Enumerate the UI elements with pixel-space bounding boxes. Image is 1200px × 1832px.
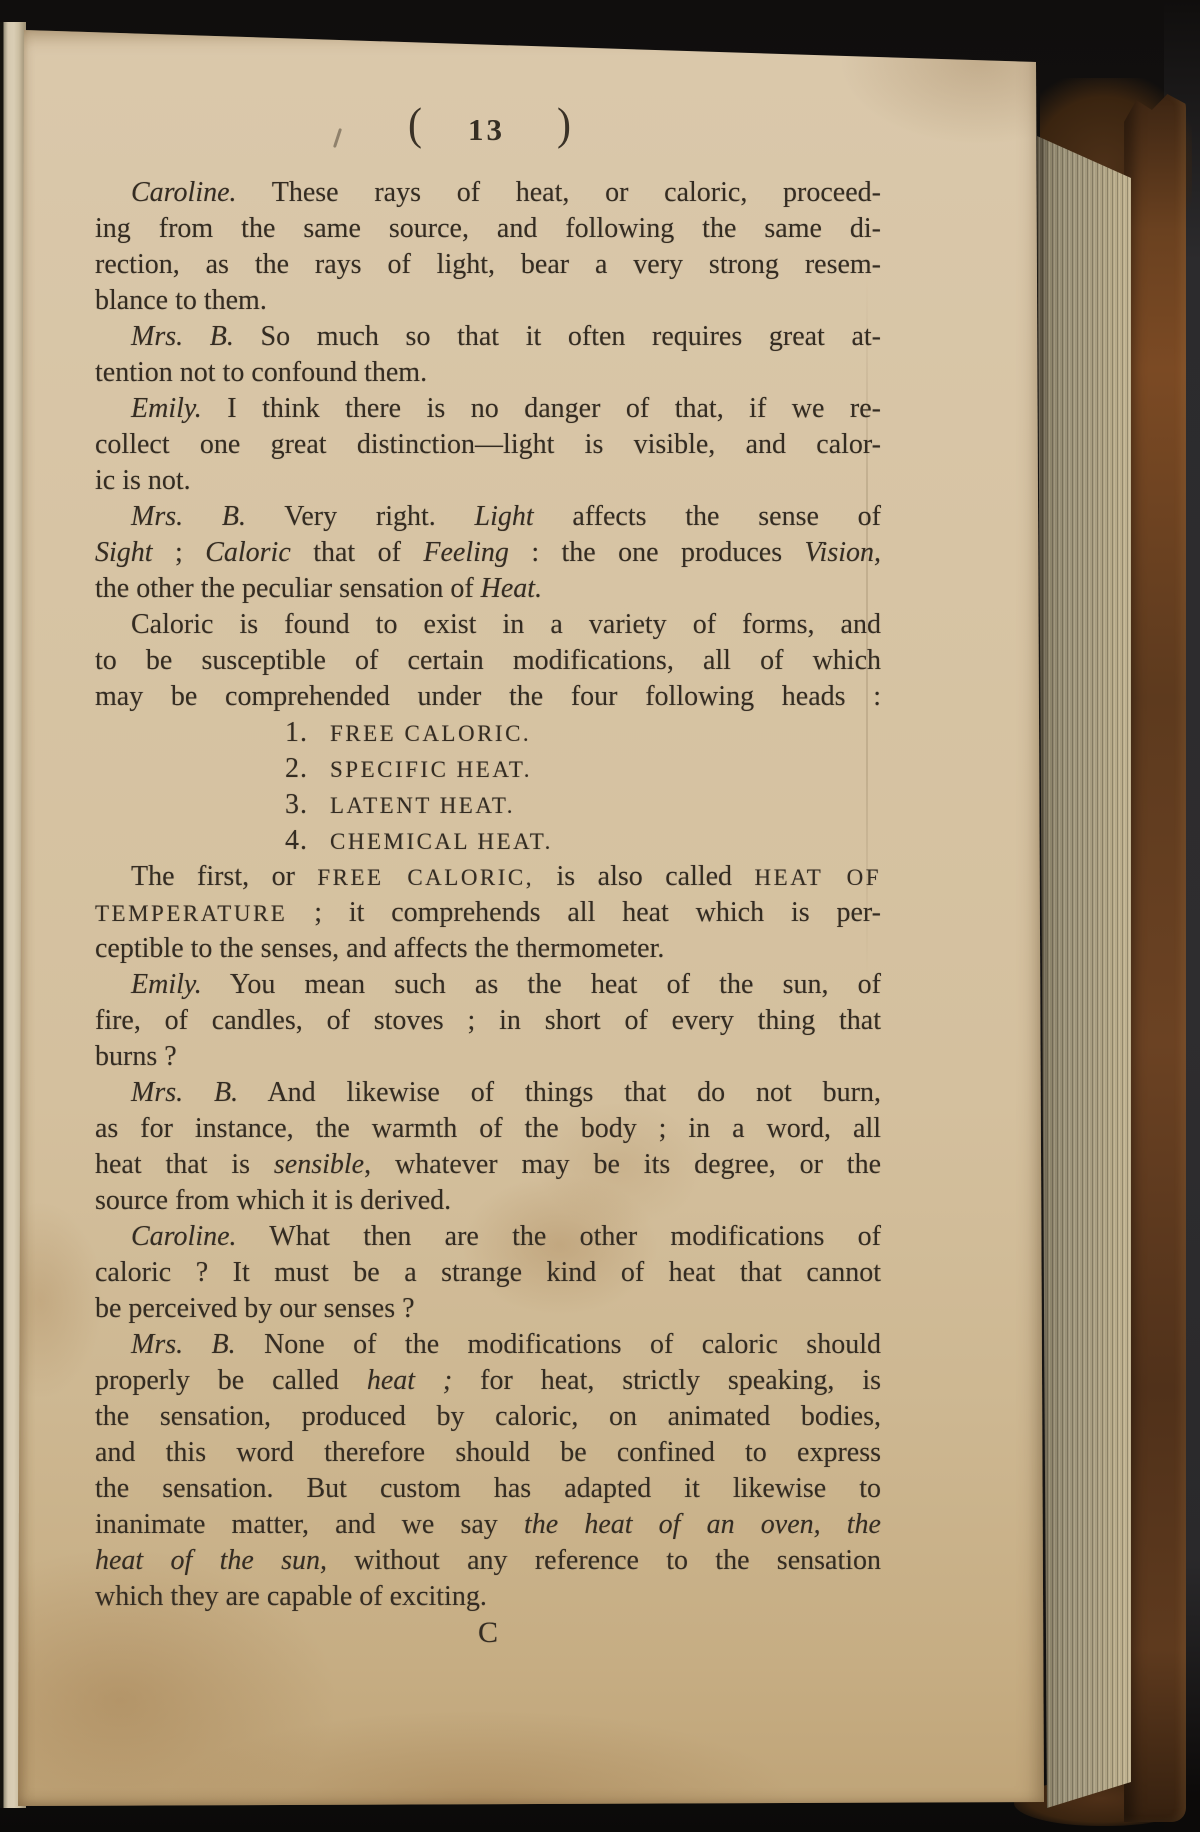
text-line: be perceived by our senses ? xyxy=(95,1291,881,1327)
text-line: Caroline. These rays of heat, or caloric… xyxy=(95,175,881,211)
list-item: 4. CHEMICAL HEAT. xyxy=(95,823,881,859)
italic-text-run: Mrs. B. xyxy=(131,501,246,532)
text-run: and this word therefore should be confin… xyxy=(95,1437,881,1468)
italic-text-run: Mrs. B. xyxy=(131,321,234,352)
text-run: blance to them. xyxy=(95,285,267,316)
text-run: ; xyxy=(153,537,206,568)
text-run: These rays of heat, or caloric, proceed- xyxy=(237,177,881,208)
small-caps-run: TEMPERATURE xyxy=(95,901,287,926)
text-line: burns ? xyxy=(95,1039,881,1075)
text-run: caloric ? It must be a strange kind of h… xyxy=(95,1257,881,1288)
book-fore-edge-pages xyxy=(1037,58,1131,1810)
small-caps-run: FREE CALORIC, xyxy=(317,865,534,890)
text-run: 2. xyxy=(285,753,316,784)
text-run: collect one great distinction—light is v… xyxy=(95,429,881,460)
text-line: the other the peculiar sensation of Heat… xyxy=(95,571,881,607)
text-line: Emily. You mean such as the heat of the … xyxy=(95,967,881,1003)
list-item: 2. SPECIFIC HEAT. xyxy=(95,751,881,787)
text-line: fire, of candles, of stoves ; in short o… xyxy=(95,1003,881,1039)
text-run: ing from the same source, and following … xyxy=(95,213,881,244)
text-run: Caloric is found to exist in a variety o… xyxy=(131,609,881,640)
italic-text-run: Caloric xyxy=(205,537,291,568)
text-run: the other the peculiar sensation of xyxy=(95,573,481,604)
text-run: heat that is xyxy=(95,1149,274,1180)
text-run: ; it comprehends all heat which is per- xyxy=(287,897,881,928)
text-run: , whatever may be its degree, or the xyxy=(364,1149,881,1180)
page-number: 13 xyxy=(468,114,505,145)
text-run: : the one produces xyxy=(509,537,805,568)
small-caps-run: CHEMICAL HEAT. xyxy=(330,829,553,854)
text-run: may be comprehended under the four follo… xyxy=(95,681,881,712)
text-run xyxy=(821,1509,847,1540)
italic-text-run: the xyxy=(847,1509,881,1540)
text-line: tention not to confound them. xyxy=(95,355,881,391)
text-line: to be susceptible of certain modificatio… xyxy=(95,643,881,679)
text-run: affects the sense of xyxy=(534,501,881,532)
italic-text-run: Light xyxy=(475,501,534,532)
text-run: Very right. xyxy=(246,501,475,532)
text-line: properly be called heat ; for heat, stri… xyxy=(95,1363,881,1399)
text-run: You mean such as the heat of the sun, of xyxy=(202,969,881,1000)
italic-text-run: Vision, xyxy=(805,537,881,568)
italic-text-run: Sight xyxy=(95,537,153,568)
text-run: which they are capable of exciting. xyxy=(95,1581,487,1612)
text-line: The first, or FREE CALORIC, is also call… xyxy=(95,859,881,895)
text-run: that of xyxy=(291,537,424,568)
ink-smudge-mark xyxy=(333,128,342,148)
text-line: may be comprehended under the four follo… xyxy=(95,679,881,715)
text-run: without any reference to the sensation xyxy=(327,1545,881,1576)
text-run: 3. xyxy=(285,789,316,820)
italic-text-run: sensible xyxy=(274,1149,364,1180)
text-run: tention not to confound them. xyxy=(95,357,427,388)
italic-text-run: Mrs. B. xyxy=(131,1077,238,1108)
text-line: heat of the sun, without any reference t… xyxy=(95,1543,881,1579)
italic-text-run: Caroline. xyxy=(131,1221,237,1252)
text-line: caloric ? It must be a strange kind of h… xyxy=(95,1255,881,1291)
text-run: ic is not. xyxy=(95,465,191,496)
text-run: for heat, strictly speaking, is xyxy=(452,1365,881,1396)
text-line: the sensation, produced by caloric, on a… xyxy=(95,1399,881,1435)
italic-text-run: Emily. xyxy=(131,393,202,424)
text-run: So much so that it often requires great … xyxy=(234,321,881,352)
list-item: 1. FREE CALORIC. xyxy=(95,715,881,751)
text-lines: Caroline. These rays of heat, or caloric… xyxy=(95,175,881,1615)
small-caps-run: LATENT HEAT. xyxy=(330,793,515,818)
text-run: I think there is no danger of that, if w… xyxy=(202,393,881,424)
italic-text-run: Caroline. xyxy=(131,177,237,208)
text-run: rection, as the rays of light, bear a ve… xyxy=(95,249,881,280)
small-caps-run: FREE CALORIC. xyxy=(330,721,531,746)
italic-text-run: Emily. xyxy=(131,969,202,1000)
text-run: to be susceptible of certain modificatio… xyxy=(95,645,881,676)
text-run: properly be called xyxy=(95,1365,367,1396)
italic-text-run: heat of the sun, xyxy=(95,1545,327,1576)
text-run: 4. xyxy=(285,825,316,856)
text-line: Sight ; Caloric that of Feeling : the on… xyxy=(95,535,881,571)
text-line: Mrs. B. Very right. Light affects the se… xyxy=(95,499,881,535)
text-run: be perceived by our senses ? xyxy=(95,1293,415,1324)
text-line: and this word therefore should be confin… xyxy=(95,1435,881,1471)
italic-text-run: heat ; xyxy=(367,1365,452,1396)
text-line: Caroline. What then are the other modifi… xyxy=(95,1219,881,1255)
text-line: TEMPERATURE ; it comprehends all heat wh… xyxy=(95,895,881,931)
italic-text-run: the heat of an oven, xyxy=(524,1509,821,1540)
text-line: ing from the same source, and following … xyxy=(95,211,881,247)
italic-text-run: Heat. xyxy=(481,573,542,604)
text-line: source from which it is derived. xyxy=(95,1183,881,1219)
text-line: heat that is sensible, whatever may be i… xyxy=(95,1147,881,1183)
text-run: And likewise of things that do not burn, xyxy=(238,1077,881,1108)
text-run: burns ? xyxy=(95,1041,177,1072)
text-run: What then are the other modifications of xyxy=(237,1221,881,1252)
small-caps-run: SPECIFIC HEAT. xyxy=(330,757,532,782)
list-item: 3. LATENT HEAT. xyxy=(95,787,881,823)
page-header: ( 13 ) xyxy=(408,104,571,146)
open-paren: ( xyxy=(408,102,422,147)
text-run: the sensation. But custom has adapted it… xyxy=(95,1473,881,1504)
text-line: Mrs. B. And likewise of things that do n… xyxy=(95,1075,881,1111)
text-run: 1. xyxy=(285,717,316,748)
text-line: as for instance, the warmth of the body … xyxy=(95,1111,881,1147)
text-line: rection, as the rays of light, bear a ve… xyxy=(95,247,881,283)
text-line: Emily. I think there is no danger of tha… xyxy=(95,391,881,427)
book-page: ( 13 ) Caroline. These rays of heat, or … xyxy=(18,26,1046,1808)
italic-text-run: Feeling xyxy=(423,537,509,568)
text-run: fire, of candles, of stoves ; in short o… xyxy=(95,1005,881,1036)
text-run: as for instance, the warmth of the body … xyxy=(95,1113,881,1144)
signature-mark: C xyxy=(95,1616,881,1650)
text-line: Caloric is found to exist in a variety o… xyxy=(95,607,881,643)
text-line: blance to them. xyxy=(95,283,881,319)
book-scan-backdrop: ( 13 ) Caroline. These rays of heat, or … xyxy=(0,0,1200,1832)
text-line: the sensation. But custom has adapted it… xyxy=(95,1471,881,1507)
text-run: None of the modifications of caloric sho… xyxy=(236,1329,881,1360)
text-run: is also called xyxy=(534,861,755,892)
text-run: inanimate matter, and we say xyxy=(95,1509,524,1540)
text-run: source from which it is derived. xyxy=(95,1185,451,1216)
close-paren: ) xyxy=(557,102,571,147)
text-line: Mrs. B. So much so that it often require… xyxy=(95,319,881,355)
text-line: which they are capable of exciting. xyxy=(95,1579,881,1615)
text-run: ceptible to the senses, and affects the … xyxy=(95,933,664,964)
text-line: ic is not. xyxy=(95,463,881,499)
text-run: the sensation, produced by caloric, on a… xyxy=(95,1401,881,1432)
text-line: Mrs. B. None of the modifications of cal… xyxy=(95,1327,881,1363)
text-run: The first, or xyxy=(131,861,317,892)
small-caps-run: HEAT OF xyxy=(755,865,881,890)
italic-text-run: Mrs. B. xyxy=(131,1329,236,1360)
text-line: ceptible to the senses, and affects the … xyxy=(95,931,881,967)
leather-cover-edge xyxy=(1124,92,1186,1822)
text-line: inanimate matter, and we say the heat of… xyxy=(95,1507,881,1543)
text-line: collect one great distinction—light is v… xyxy=(95,427,881,463)
